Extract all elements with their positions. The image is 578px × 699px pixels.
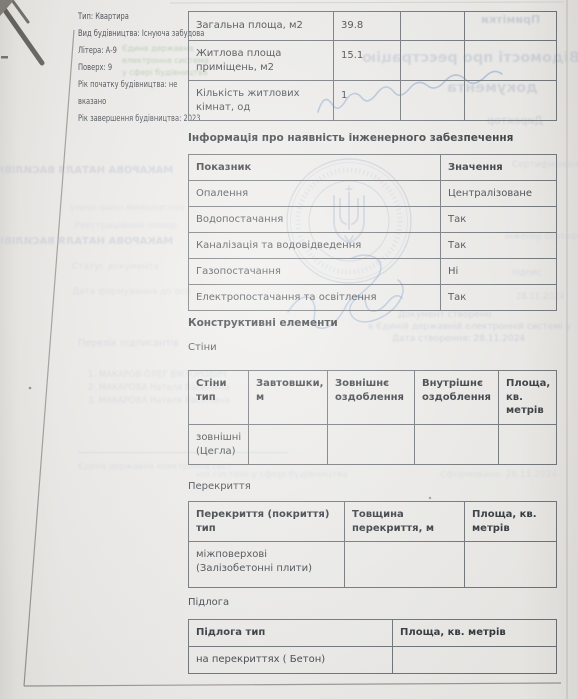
floor-table: Підлога тип Площа, кв. метрів на перекри… xyxy=(188,619,557,674)
info-line: Поверх: 9 xyxy=(78,60,195,77)
info-line: Рік завершення будівництва: 2023 xyxy=(78,111,195,128)
table-row: на перекриттях ( Бетон) xyxy=(189,647,557,674)
column-header: Підлога тип xyxy=(189,620,393,647)
ghost-text: ної системі у сфері будівництва xyxy=(196,470,348,480)
table-cell: Каналізація та водовідведення xyxy=(189,233,441,259)
table-row: Каналізація та водовідведення Так xyxy=(189,233,557,259)
table-cell: Так xyxy=(441,285,557,311)
table-row: Опалення Централізоване xyxy=(189,181,557,207)
table-cell: Централізоване xyxy=(441,181,557,207)
ghost-text: Статус документа xyxy=(72,262,159,272)
ghost-text: реєстраційний номер запису xyxy=(70,203,184,212)
column-header: Площа, кв. метрів xyxy=(465,502,557,542)
ghost-text: МАКАРОВА НАТАЛЯ ВАСИЛІВНА xyxy=(0,236,173,247)
ghost-text: Реєстраційний номер xyxy=(75,221,177,231)
ghost-text: Дата формування до осо xyxy=(72,287,191,297)
info-line: Літера: А-9 xyxy=(78,43,195,60)
table-cell: Житлова площа приміщень, м2 xyxy=(189,41,334,81)
table-cell: Ні xyxy=(441,259,557,285)
table-row: Житлова площа приміщень, м2 15.1 xyxy=(189,41,557,81)
page-bottom-edge-line xyxy=(24,683,561,686)
table-cell: 15.1 xyxy=(334,41,401,81)
property-info-block: Тип: Квартира Вид будівництва: Існуюча з… xyxy=(78,9,195,128)
ghost-text: Перелік підписантів xyxy=(78,338,179,349)
ghost-text: Сформовано: 28.11.2024 xyxy=(440,470,557,480)
table-cell: Кількість житлових кімнат, од xyxy=(189,81,334,121)
table-cell: зовнішні (Цегла) xyxy=(189,425,249,465)
info-line: Рік початку будівництва: не xyxy=(78,77,195,94)
table-cell: Так xyxy=(441,233,557,259)
ghost-text: Документ створено xyxy=(398,310,491,320)
table-cell xyxy=(401,41,465,81)
column-header: Завтовшки, м xyxy=(249,371,328,425)
column-header: Зовнішнє оздоблення xyxy=(328,371,415,425)
table-cell xyxy=(465,12,557,41)
table-cell xyxy=(465,41,557,81)
column-header: Показник xyxy=(189,155,441,181)
table-cell: на перекриттях ( Бетон) xyxy=(189,647,393,674)
page-left-edge-line xyxy=(24,30,74,686)
table-row: Загальна площа, м2 39.8 xyxy=(189,12,557,41)
table-row: Показник Значення xyxy=(189,155,557,181)
table-cell: Газопостачання xyxy=(189,259,441,285)
ghost-text: МАКАРОВА НАТАЛЯ ВАСИЛІВНА xyxy=(0,165,173,176)
column-header: Стіни тип xyxy=(189,371,249,425)
table-cell: Опалення xyxy=(189,181,441,207)
table-row: зовнішні (Цегла) xyxy=(189,425,557,465)
page-top-edge-line xyxy=(170,2,564,3)
table-cell: міжповерхові (Залізобетонні плити) xyxy=(189,542,345,588)
column-header: Значення xyxy=(441,155,557,181)
paper-speck xyxy=(429,497,431,499)
column-header: Внутрішнє оздоблення xyxy=(415,371,499,425)
section-title-constructive: Конструктивні елементи xyxy=(188,317,338,329)
info-line: Тип: Квартира xyxy=(78,9,195,26)
paper-speck xyxy=(29,387,32,390)
table-row: міжповерхові (Залізобетонні плити) xyxy=(189,542,557,588)
table-row: Електропостачання та освітлення Так xyxy=(189,285,557,311)
column-header: Площа, кв. метрів xyxy=(393,620,557,647)
table-cell xyxy=(415,425,499,465)
table-cell xyxy=(393,647,557,674)
table-cell xyxy=(499,425,557,465)
table-row: Газопостачання Ні xyxy=(189,259,557,285)
pen-mark xyxy=(0,0,42,63)
column-header: Площа, кв. метрів xyxy=(499,371,557,425)
table-row: Кількість житлових кімнат, од 1 xyxy=(189,81,557,121)
table-cell: 39.8 xyxy=(334,12,401,41)
info-line: вказано xyxy=(78,94,195,111)
table-cell: Загальна площа, м2 xyxy=(189,12,334,41)
scanned-document-page: ПриміткиВідомості про реєстраціюдокумент… xyxy=(0,0,578,699)
ceiling-table: Перекриття (покриття) тип Товщина перекр… xyxy=(188,501,557,588)
column-header: Товщина перекриття, м xyxy=(345,502,465,542)
info-line: Вид будівництва: Існуюча забудова xyxy=(78,26,195,43)
table-row: Стіни тип Завтовшки, м Зовнішнє оздоблен… xyxy=(189,371,557,425)
table-cell xyxy=(345,542,465,588)
table-row: Підлога тип Площа, кв. метрів xyxy=(189,620,557,647)
section-title-engineering: Інформація про наявність інженерного заб… xyxy=(188,132,513,144)
table-cell: 1 xyxy=(334,81,401,121)
table-cell: Так xyxy=(441,207,557,233)
table-cell xyxy=(401,12,465,41)
table-cell xyxy=(328,425,415,465)
table-row: Водопостачання Так xyxy=(189,207,557,233)
table-cell xyxy=(465,81,557,121)
table-cell: Електропостачання та освітлення xyxy=(189,285,441,311)
floor-label: Підлога xyxy=(188,597,229,608)
ceiling-label: Перекриття xyxy=(188,481,251,492)
table-cell xyxy=(401,81,465,121)
column-header: Перекриття (покриття) тип xyxy=(189,502,345,542)
ghost-text: в Єдиній державній електронній системі у xyxy=(368,322,571,332)
table-cell xyxy=(249,425,328,465)
table-cell: Водопостачання xyxy=(189,207,441,233)
walls-label: Стіни xyxy=(188,342,217,353)
walls-table: Стіни тип Завтовшки, м Зовнішнє оздоблен… xyxy=(188,370,557,465)
area-summary-table: Загальна площа, м2 39.8 Житлова площа пр… xyxy=(188,11,557,121)
engineering-table: Показник Значення Опалення Централізован… xyxy=(188,154,557,311)
table-cell xyxy=(465,542,557,588)
table-row: Перекриття (покриття) тип Товщина перекр… xyxy=(189,502,557,542)
ghost-text: Дата створення: 28.11.2024 xyxy=(392,334,525,344)
